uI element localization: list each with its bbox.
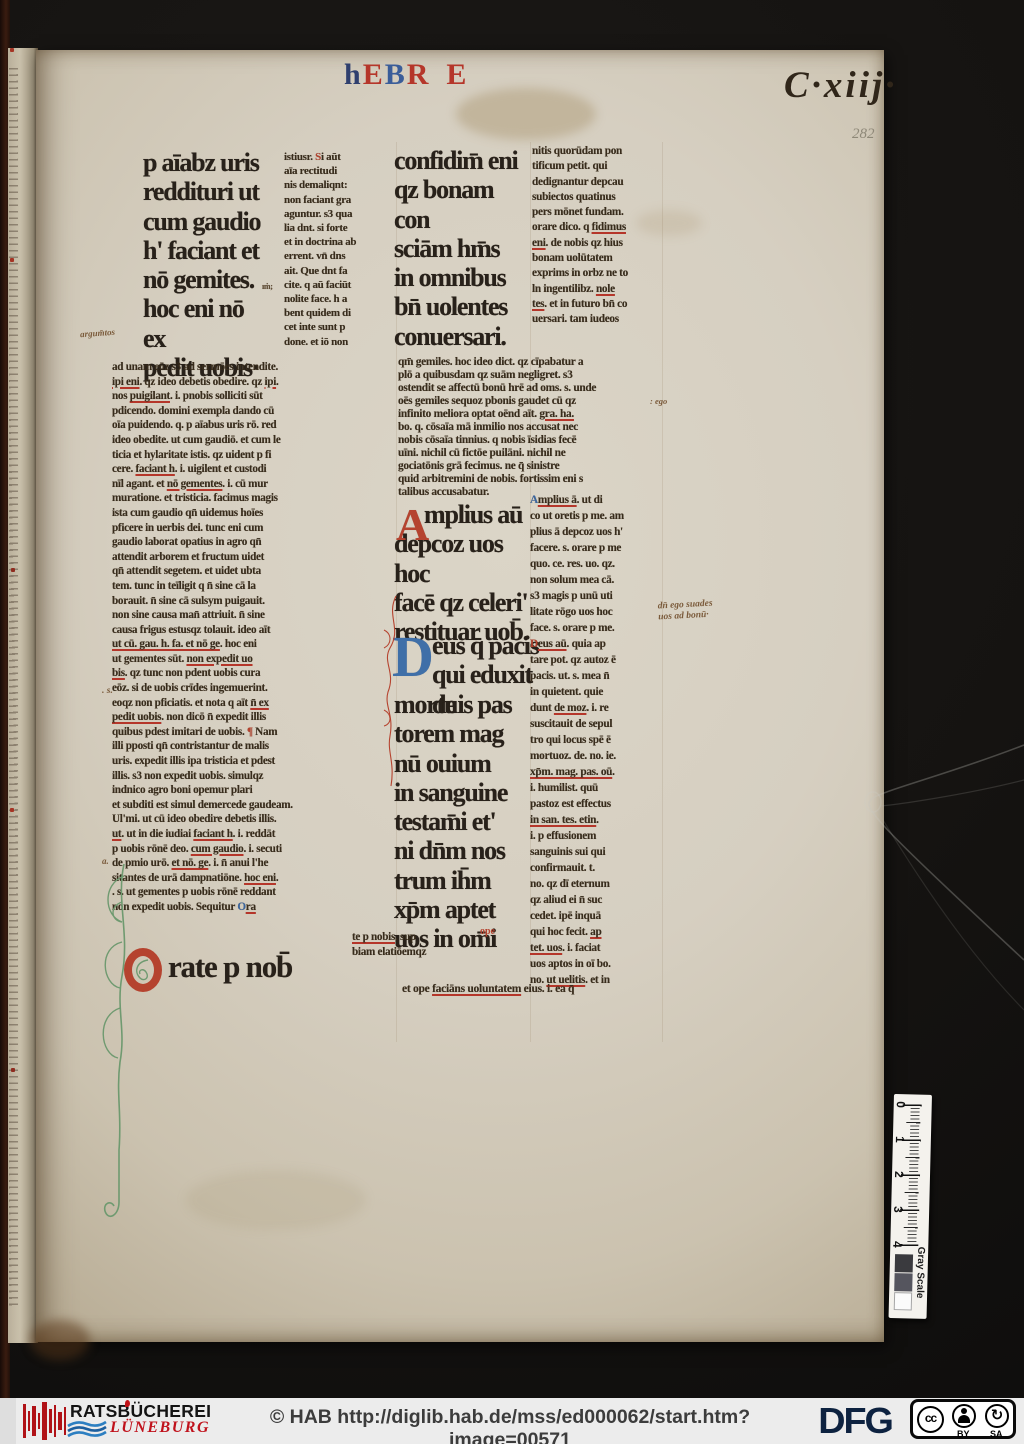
parchment-stain	[30, 1320, 90, 1360]
interlinear-gloss-ope: ope	[480, 926, 495, 937]
page-holder-clip	[845, 710, 1024, 1020]
margin-note-ego: : ego	[650, 396, 667, 406]
facing-page-text-fragments	[9, 68, 18, 1308]
gloss-after-orate: te p nobis. supbiam elatiōemqz	[352, 930, 482, 959]
cc-by-label: BY	[957, 1429, 970, 1439]
grayscale-ruler: 0 1 2 3 4 Gray Scale	[889, 1094, 932, 1319]
parchment-stain	[186, 1170, 366, 1230]
library-city: LÜNEBURG	[110, 1419, 210, 1437]
ratsbuecherei-logo-bars	[23, 1401, 66, 1441]
cc-icon: cc	[917, 1406, 944, 1433]
manuscript-page: hEBRE C·xiij· 282 p aīabz uris reddituri…	[36, 50, 884, 1342]
gloss-column-right: Amplius ā. ut dico ut oretis p me. ampli…	[530, 492, 670, 988]
orate-pro-nobis-text: rate p nob̄	[168, 952, 292, 981]
margin-note-s: . s.	[102, 686, 113, 696]
running-title-letter: R	[407, 58, 431, 91]
green-cadel-flourish	[84, 850, 154, 1250]
ruler-number: 2	[892, 1171, 906, 1183]
text-column-biblical-2: confidim̄ eni qz bonam con sciām hm̄s in…	[394, 146, 532, 351]
ruler-number: 0	[894, 1101, 908, 1113]
cc-by-person-icon	[952, 1404, 976, 1428]
gray-patch-white	[894, 1292, 912, 1310]
bottom-gloss-line: et ope faciāns uoluntatem eius. i. ea q̄	[402, 982, 702, 995]
chapter-number: C·xiij·	[784, 64, 898, 107]
running-title-letter: B	[385, 58, 407, 91]
footer-bar: RATSBÜCHEREI LÜNEBURG © HAB http://digli…	[0, 1398, 1024, 1444]
copyright-url-text: © HAB http://diglib.hab.de/mss/ed000062/…	[240, 1406, 780, 1444]
running-title: hEBRE	[344, 58, 468, 92]
cc-license-badge: cc ↻ BY SA	[910, 1399, 1016, 1439]
text-column-biblical-1: p aīabz uris reddituri ut cum gaudio h' …	[143, 148, 268, 382]
initial-a-red: A	[396, 502, 429, 548]
red-penwork-flourish	[378, 590, 408, 810]
running-title-letter: h	[344, 58, 363, 91]
cc-sa-label: SA	[990, 1429, 1003, 1439]
commentary-block-left: ad unam eōz s3 ad sermōes intendite.ipi …	[112, 360, 404, 915]
text-column-biblical-3-deus-rest: mortuis pas torem mag nū ouium in sangui…	[394, 690, 536, 954]
dfg-logo: DFG	[818, 1400, 892, 1442]
ruler-number: 1	[893, 1136, 907, 1148]
running-title-letter: E	[363, 58, 385, 91]
gloss-column-1: istiusr. Si aūtaīa rectitudinis demaliqn…	[284, 150, 400, 349]
folio-number-pencil: 282	[852, 126, 875, 143]
ruler-number: 3	[891, 1206, 905, 1218]
margin-note-a: a.	[102, 856, 109, 866]
facing-page-rubric-marks	[10, 48, 14, 52]
facing-page-edge	[8, 48, 38, 1343]
parchment-stain	[456, 88, 596, 140]
digitized-manuscript-viewer: hEBRE C·xiij· 282 p aīabz uris reddituri…	[0, 0, 1024, 1444]
gloss-tie-mark: ıṁ;	[262, 282, 273, 291]
cc-sa-arrow-icon: ↻	[985, 1404, 1009, 1428]
grayscale-label: Gray Scale	[914, 1247, 927, 1317]
gloss-block-middle: qm̄ gemiles. hoc ideo dict. qz cīpabatur…	[398, 356, 670, 499]
ruler-number: 4	[890, 1241, 904, 1253]
library-logo-red-dot	[125, 1400, 130, 1407]
margin-note-argumento: argum̄tos	[80, 327, 116, 339]
gray-patch-dark	[895, 1254, 913, 1272]
gray-patch-mid	[894, 1273, 912, 1291]
gloss-column-2: nitis quorūdam pontificum petit. quidedi…	[532, 144, 666, 328]
margin-note-right: dn̄ ego suades uos ad bonū·	[657, 599, 713, 624]
running-title-letter: E	[446, 58, 468, 91]
open-book-icon	[66, 1420, 108, 1440]
